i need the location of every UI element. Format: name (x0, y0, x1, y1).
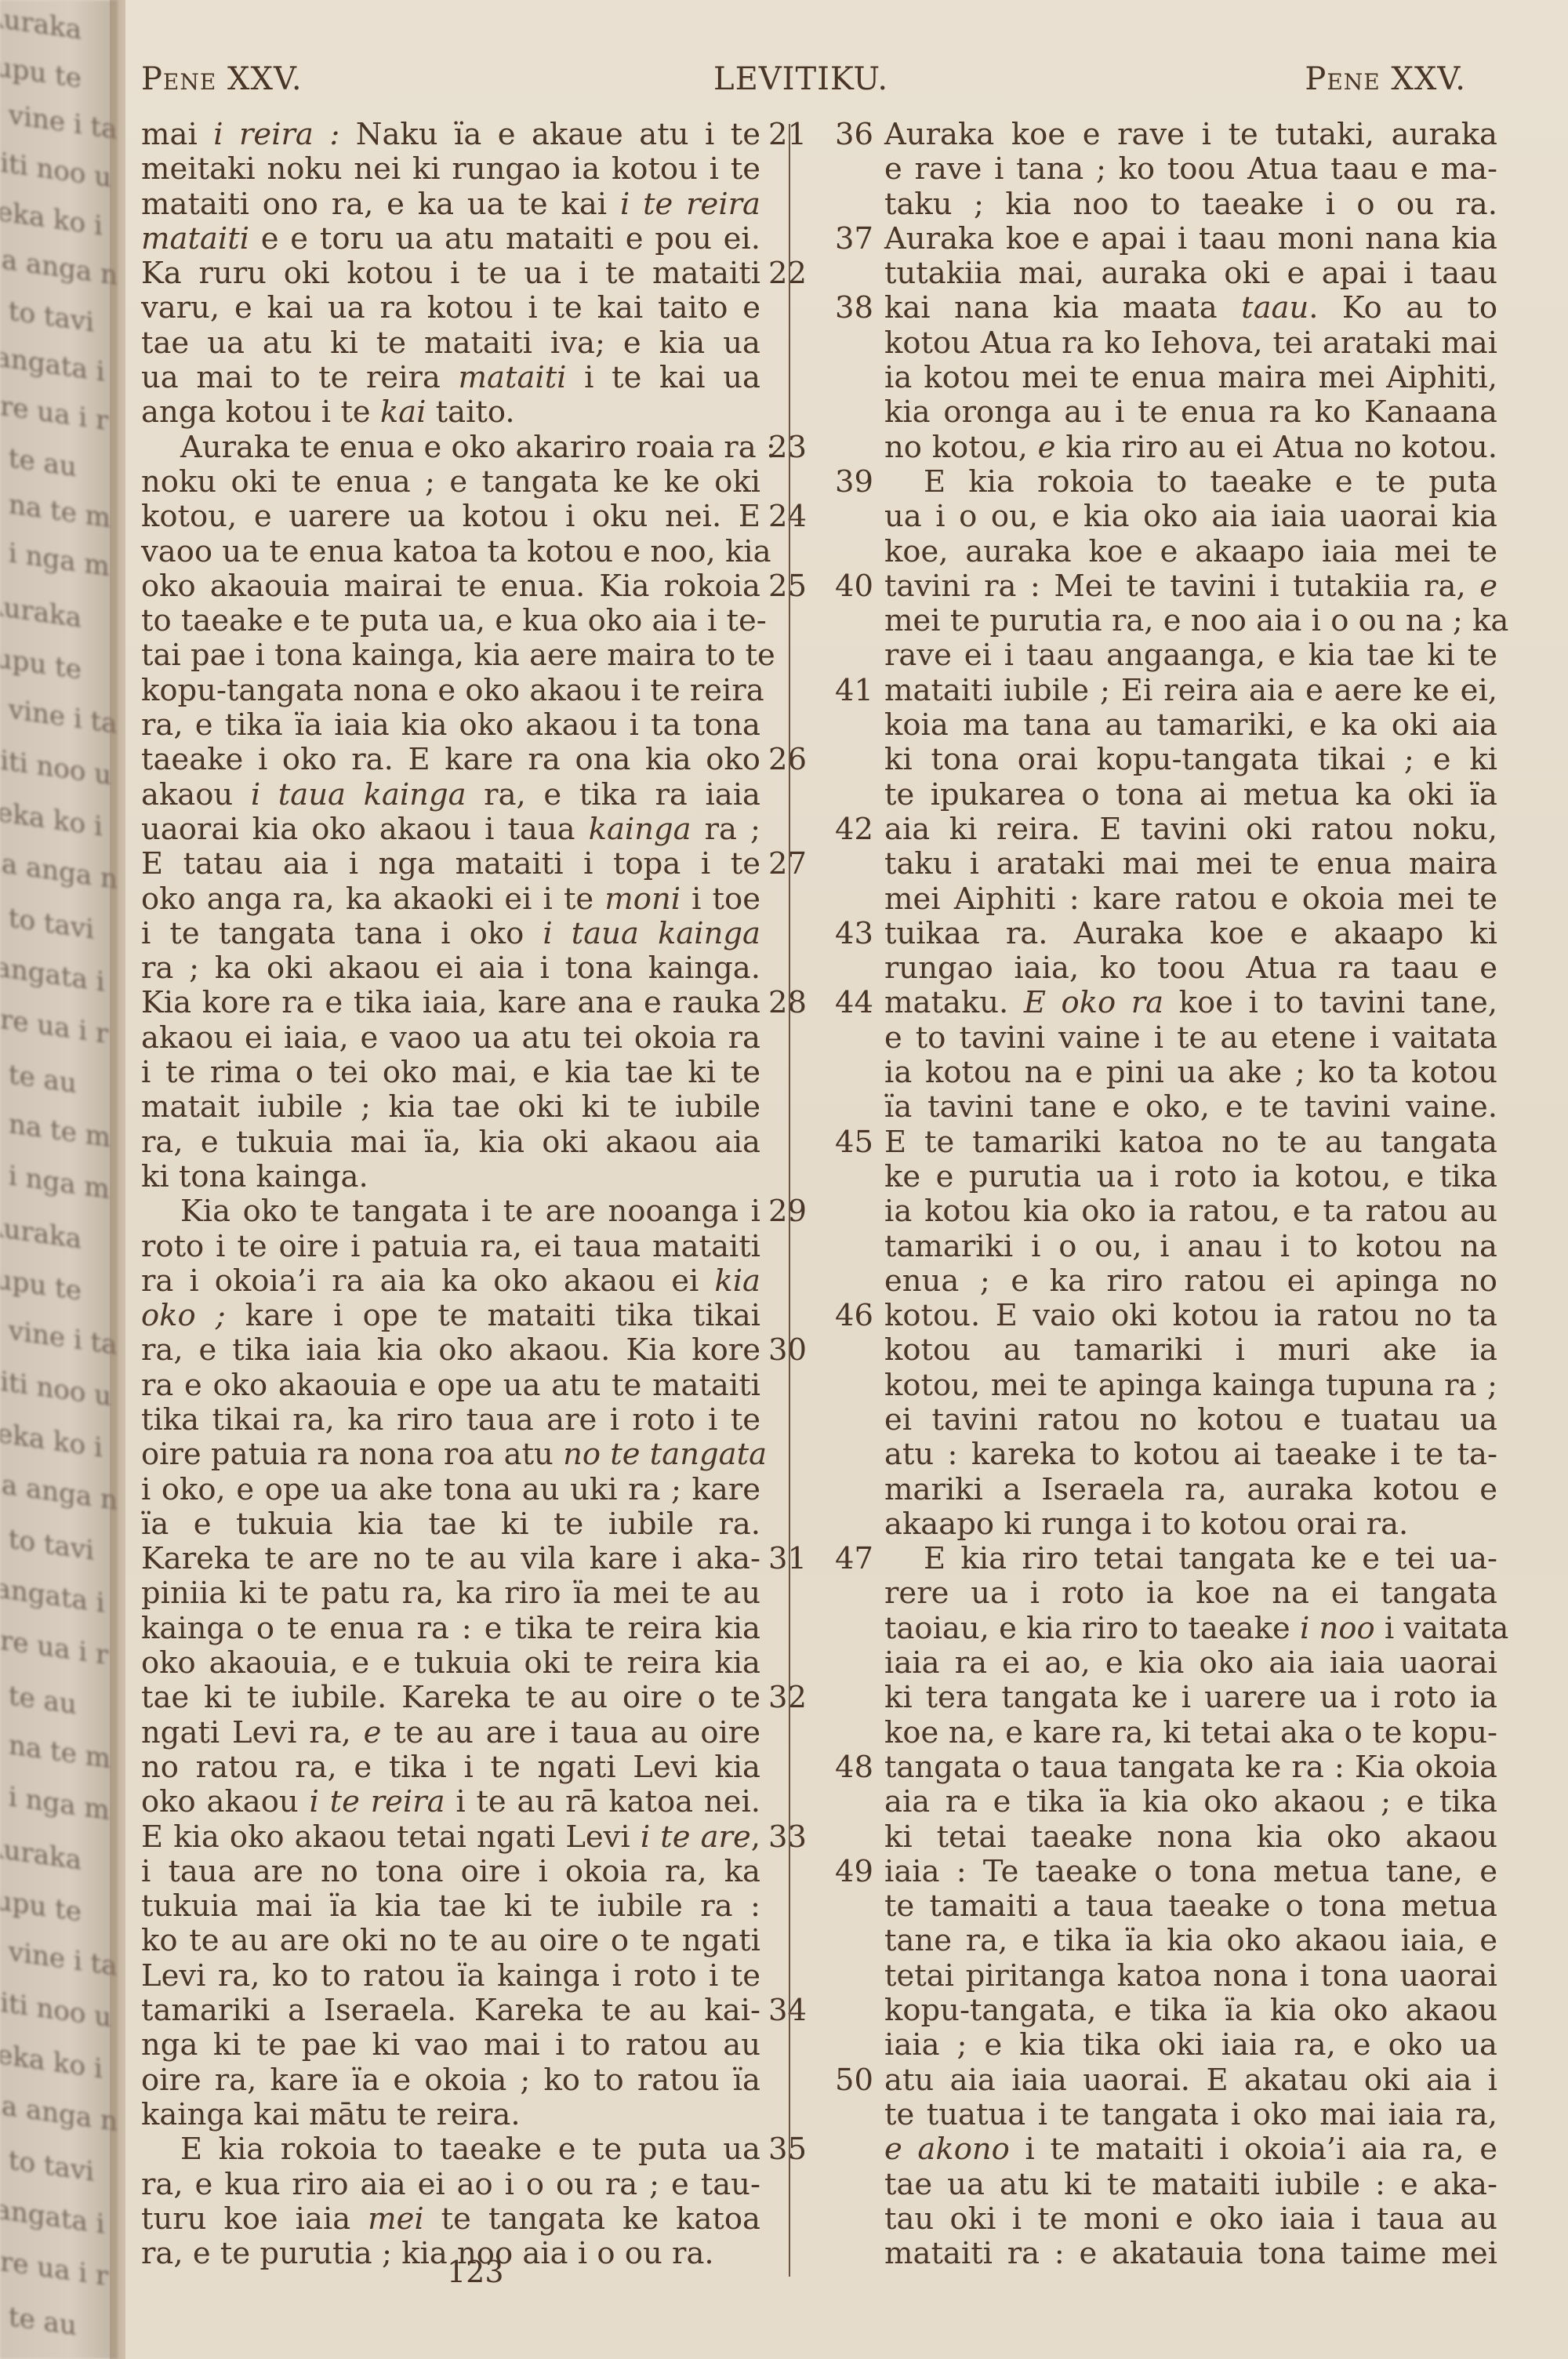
line-text: ki tona orai kopu-tangata tikai ; e ki (884, 743, 1497, 777)
line-text: ra e oko akaouia e ope ua atu te mataiti (141, 1369, 760, 1403)
line-text: roto i te oire i patuia ra, ei taua mata… (141, 1230, 760, 1264)
text-line: tae ua atu ki te mataiti iubile : e aka- (835, 2168, 1494, 2202)
line-text: oko ; kare i ope te mataiti tika tikai (141, 1299, 760, 1333)
line-text: rave ei i taau angaanga, e kia tae ki te (884, 638, 1497, 673)
verse-number: 30 (768, 1333, 807, 1368)
line-text: rere ua i roto ia koe na ei tangata (884, 1576, 1497, 1611)
line-text: meitaki noku nei ki rungao ia kotou i te (141, 152, 760, 187)
adjacent-page-text: reka ko i (0, 194, 103, 242)
adjacent-page-text: e te au (0, 1677, 77, 1721)
text-line: rere ua i roto ia koe na ei tangata (835, 1576, 1494, 1611)
adjacent-page-text: aiti noo u (0, 1364, 111, 1413)
text-line: atu : kareka to kotou ai taeake i te ta- (835, 1438, 1494, 1472)
text-line: ki tera tangata ke i uarere ua i roto ia (835, 1681, 1494, 1715)
line-text: kainga kai mātu te reira. (141, 2098, 760, 2132)
line-text: taku ; kia noo to taeake i o ou ra. (884, 187, 1497, 222)
text-line: Auraka koe e rave i te tutaki, auraka36 (835, 118, 1494, 152)
line-text: tetai piritanga katoa nona i tona uaorai (884, 1959, 1497, 1994)
line-text: ra, e kua riro aia ei ao i o ou ra ; e t… (141, 2168, 760, 2202)
verse-number: 31 (768, 1542, 807, 1576)
text-line: koe, auraka koe e akaapo iaia mei te (835, 535, 1494, 569)
text-line: ra i okoia’i ra aia ka oko akaou ei kia (141, 1264, 796, 1299)
text-line: oko akaou i te reira i te au rā katoa ne… (141, 1785, 796, 1819)
adjacent-page-text: a na te m (0, 1105, 111, 1154)
text-line: mataiti e e toru ua atu mataiti e pou ei… (141, 222, 796, 256)
text-line: ïa tavini tane e oko, e te tavini vaine. (835, 1090, 1494, 1125)
text-line: vaoo ua te enua katoa ta kotou e noo, ki… (141, 535, 796, 569)
line-text: e to tavini vaine i te au etene i vaitat… (884, 1021, 1497, 1056)
text-line: uaorai kia oko akaou i taua kainga ra ; (141, 812, 796, 847)
text-line: iaia ; e kia tika oki iaia ra, e oko ua (835, 2028, 1494, 2063)
line-text: kopu-tangata, e tika ïa kia oko akaou (884, 1994, 1497, 2028)
line-text: kotou au tamariki i muri ake ia (884, 1333, 1497, 1368)
text-line: oko akaouia, e e tukuia oki te reira kia (141, 1646, 796, 1681)
line-text: i te tangata tana i oko i taua kainga (141, 917, 760, 951)
text-line: taeake i oko ra. E kare ra ona kia oko26 (141, 743, 796, 777)
text-line: ke e purutia ua i roto ia kotou, e tika (835, 1160, 1494, 1194)
text-line: tamariki i o ou, i anau i to kotou na (835, 1230, 1494, 1264)
text-line: kotou Atua ra ko Iehova, tei arataki mai (835, 326, 1494, 361)
line-text: mei te purutia ra, e noo aia i o ou na ;… (884, 604, 1497, 638)
line-text: koia ma tana au tamariki, e ka oki aia (884, 708, 1497, 743)
line-text: E kia oko akaou tetai ngati Levi i te ar… (141, 1820, 760, 1855)
line-text: varu, e kai ua ra kotou i te kai taito e (141, 291, 760, 325)
text-line: ki tona kainga. (141, 1160, 796, 1194)
verse-number: 28 (768, 986, 807, 1020)
line-text: ia kotou na e pini ua ake ; ko ta kotou (884, 1056, 1497, 1090)
line-text: kotou, e uarere ua kotou i oku nei. E (141, 500, 760, 534)
text-line: kainga kai mātu te reira. (141, 2098, 796, 2132)
line-text: taoiau, e kia riro to taeake i noo i vai… (884, 1612, 1497, 1646)
adjacent-page-text: e to tavi (0, 899, 94, 946)
line-text: Kia kore ra e tika iaia, kare ana e rauk… (141, 986, 760, 1020)
verse-number: 42 (835, 812, 873, 847)
line-text: oko anga ra, ka akaoki ei i te moni i to… (141, 882, 760, 917)
header-chapter-left: Pene XXV. (141, 61, 303, 97)
line-text: E kia riro tetai tangata ke e tei ua- (884, 1542, 1497, 1576)
adjacent-page-text: a na te m (0, 1726, 111, 1776)
text-line: mataiti ono ra, e ka ua te kai i te reir… (141, 187, 796, 222)
adjacent-page-text: aiti noo u (0, 145, 111, 194)
adjacent-page-edge: Aurakatupu tee vine i taaiti noo ureka k… (0, 0, 118, 2359)
verse-number: 32 (768, 1681, 807, 1715)
line-text: tuikaa ra. Auraka koe e akaapo ki (884, 917, 1497, 951)
text-line: tavini ra : Mei te tavini i tutakiia ra,… (835, 569, 1494, 604)
line-text: E kia rokoia to taeake e te puta (884, 465, 1497, 500)
text-line: ia kotou mei te enua maira mei Aiphiti, (835, 361, 1494, 395)
line-text: no kotou, e kia riro au ei Atua no kotou… (884, 431, 1497, 465)
line-text: piniia ki te patu ra, ka riro ïa mei te … (141, 1576, 760, 1611)
adjacent-page-text: e vine i ta (0, 1311, 117, 1361)
text-line: ra, e tika ïa iaia kia oko akaou i ta to… (141, 708, 796, 743)
adjacent-page-text: ua anga n (0, 845, 118, 896)
line-text: uaorai kia oko akaou i taua kainga ra ; (141, 812, 760, 847)
line-text: ra, e tika iaia kia oko akaou. Kia kore (141, 1333, 760, 1368)
line-text: koe, auraka koe e akaapo iaia mei te (884, 535, 1497, 569)
line-text: te tuatua i te tangata i oko mai iaia ra… (884, 2098, 1497, 2132)
verse-number: 45 (835, 1125, 873, 1160)
text-line: e rave i tana ; ko toou Atua taau e ma- (835, 152, 1494, 187)
adjacent-page-text: Auraka (0, 1831, 82, 1876)
line-text: ra ; ka oki akaou ei aia i tona kainga. (141, 951, 760, 986)
text-line: akaou i taua kainga ra, e tika ra iaia (141, 778, 796, 812)
line-text: nga ki te pae ki vao mai i to ratou au (141, 2028, 760, 2063)
line-text: kotou Atua ra ko Iehova, tei arataki mai (884, 326, 1497, 361)
verse-number: 34 (768, 1994, 807, 2028)
verse-number: 40 (835, 569, 873, 604)
text-line: tutakiia mai, auraka oki e apai i taau (835, 256, 1494, 291)
adjacent-page-text: e to tavi (0, 292, 94, 339)
text-line: Ka ruru oki kotou i te ua i te mataiti22 (141, 256, 796, 291)
text-line: kia oronga au i te enua ra ko Kanaana (835, 395, 1494, 430)
adjacent-page-text: ere ua i r (0, 388, 108, 437)
line-text: mai i reira : Naku ïa e akaue atu i te (141, 118, 760, 152)
text-line: ra, e kua riro aia ei ao i o ou ra ; e t… (141, 2168, 796, 2202)
line-text: tutakiia mai, auraka oki e apai i taau (884, 256, 1497, 291)
verse-number: 21 (768, 118, 807, 152)
line-text: matait iubile ; kia tae oki ki te iubile (141, 1090, 760, 1125)
text-line: ra e oko akaouia e ope ua atu te mataiti (141, 1369, 796, 1403)
line-text: vaoo ua te enua katoa ta kotou e noo, ki… (141, 535, 760, 569)
line-text: ki tetai taeake nona kia oko akaou (884, 1820, 1497, 1855)
adjacent-page-text: e vine i ta (0, 96, 117, 146)
verse-number: 48 (835, 1750, 873, 1785)
line-text: ua i o ou, e kia oko aia iaia uaorai kia (884, 500, 1497, 534)
line-text: oire ra, kare ïa e okoia ; ko to ratou ï… (141, 2063, 760, 2098)
line-text: akaou i taua kainga ra, e tika ra iaia (141, 778, 760, 812)
verse-number: 50 (835, 2063, 873, 2098)
verse-number: 44 (835, 986, 873, 1020)
line-text: ïa tavini tane e oko, e te tavini vaine. (884, 1090, 1497, 1125)
column-divider (789, 124, 790, 2277)
adjacent-page-text: Auraka (0, 1210, 82, 1255)
adjacent-page-text: tangata i (0, 950, 104, 998)
line-text: tamariki a Iseraela. Kareka te au kai- (141, 1994, 760, 2028)
text-line: atu aia iaia uaorai. E akatau oki aia i5… (835, 2063, 1494, 2098)
line-text: Ka ruru oki kotou i te ua i te mataiti (141, 256, 760, 291)
line-text: mataiti ra : e akatauia tona taime mei (884, 2237, 1497, 2271)
text-line: E tatau aia i nga mataiti i topa i te27 (141, 847, 796, 881)
verse-number: 49 (835, 1855, 873, 1889)
line-text: tai pae i tona kainga, kia aere maira to… (141, 638, 760, 673)
adjacent-page-text: tangata i (0, 340, 104, 388)
adjacent-page-text: e to tavi (0, 1520, 94, 1567)
line-text: ko te au are oki no te au oire o te ngat… (141, 1924, 760, 1958)
line-text: mataku. E oko ra koe i to tavini tane, (884, 986, 1497, 1020)
book-page: Pene XXV. LEVITIKU. Pene XXV. mai i reir… (125, 0, 1568, 2359)
adjacent-page-text: ua anga n (0, 242, 118, 292)
line-text: kainga o te enua ra : e tika te reira ki… (141, 1612, 760, 1646)
line-text: tika tikai ra, ka riro taua are i roto i… (141, 1403, 760, 1438)
text-line: tika tikai ra, ka riro taua are i roto i… (141, 1403, 796, 1438)
verse-number: 24 (768, 500, 807, 534)
line-text: iaia ra ei ao, e kia oko aia iaia uaorai (884, 1646, 1497, 1681)
right-column: Auraka koe e rave i te tutaki, auraka36e… (835, 118, 1494, 2271)
line-text: oire patuia ra nona roa atu no te tangat… (141, 1438, 760, 1472)
line-text: Auraka koe e rave i te tutaki, auraka (884, 118, 1497, 152)
adjacent-page-text: tupu te (0, 1883, 82, 1928)
line-text: E te tamariki katoa no te au tangata (884, 1125, 1497, 1160)
text-line: tai pae i tona kainga, kia aere maira to… (141, 638, 796, 673)
text-line: kopu-tangata, e tika ïa kia oko akaou (835, 1994, 1494, 2028)
verse-number: 47 (835, 1542, 873, 1576)
line-text: taeake i oko ra. E kare ra ona kia oko (141, 743, 760, 777)
line-text: ki tera tangata ke i uarere ua i roto ia (884, 1681, 1497, 1715)
text-line: tuikaa ra. Auraka koe e akaapo ki43 (835, 917, 1494, 951)
line-text: Kareka te are no te au vila kare i aka- (141, 1542, 760, 1576)
line-text: te ipukarea o tona ai metua ka oki ïa (884, 778, 1497, 812)
line-text: tae ki te iubile. Kareka te au oire o te (141, 1681, 760, 1715)
text-line: E kia rokoia to taeake e te puta ua35 (141, 2132, 796, 2167)
text-line: oko akaouia mairai te enua. Kia rokoia25 (141, 569, 796, 604)
text-line: rungao iaia, ko toou Atua ra taau e (835, 951, 1494, 986)
adjacent-page-text: reka ko i (0, 794, 103, 842)
text-line: tangata o taua tangata ke ra : Kia okoia… (835, 1750, 1494, 1785)
adjacent-page-text: tangata i (0, 2192, 104, 2241)
line-text: anga kotou i te kai taito. (141, 395, 760, 430)
text-line: ko te au are oki no te au oire o te ngat… (141, 1924, 796, 1958)
text-line: tane ra, e tika ïa kia oko akaou iaia, e (835, 1924, 1494, 1958)
text-line: meitaki noku nei ki rungao ia kotou i te (141, 152, 796, 187)
line-text: noku oki te enua ; e tangata ke ke oki (141, 465, 760, 500)
line-text: akaou ei iaia, e vaoo ua atu tei okoia r… (141, 1021, 760, 1056)
text-line: i oko, e ope ua ake tona au uki ra ; kar… (141, 1473, 796, 1507)
text-line: i te tangata tana i oko i taua kainga (141, 917, 796, 951)
text-line: taoiau, e kia riro to taeake i noo i vai… (835, 1612, 1494, 1646)
adjacent-page-text: tupu te (0, 641, 82, 685)
verse-number: 35 (768, 2132, 807, 2167)
line-text: ki tona kainga. (141, 1160, 760, 1194)
line-text: i te rima o tei oko mai, e kia tae ki te (141, 1056, 760, 1090)
adjacent-page-text: ere ua i r (0, 2244, 108, 2292)
adjacent-page-text: e vine i ta (0, 690, 117, 740)
line-text: tukuia mai ïa kia tae ki te iubile ra : (141, 1889, 760, 1924)
text-line: E te tamariki katoa no te au tangata45 (835, 1125, 1494, 1160)
text-line: Auraka koe e apai i taau moni nana kia37 (835, 222, 1494, 256)
text-line: Kia kore ra e tika iaia, kare ana e rauk… (141, 986, 796, 1020)
verse-number: 22 (768, 256, 807, 291)
text-line: e to tavini vaine i te au etene i vaitat… (835, 1021, 1494, 1056)
line-text: aia ra e tika ïa kia oko akaou ; e tika (884, 1785, 1497, 1819)
line-text: ke e purutia ua i roto ia kotou, e tika (884, 1160, 1497, 1194)
text-line: kotou, mei te apinga kainga tupuna ra ; (835, 1369, 1494, 1403)
text-line: tau oki i te moni e oko iaia i taua au (835, 2202, 1494, 2237)
line-text: te tamaiti a taua taeake o tona metua (884, 1889, 1497, 1924)
line-text: E tatau aia i nga mataiti i topa i te (141, 847, 760, 881)
text-line: oire patuia ra nona roa atu no te tangat… (141, 1438, 796, 1472)
text-line: Kareka te are no te au vila kare i aka-3… (141, 1542, 796, 1576)
line-text: Auraka koe e apai i taau moni nana kia (884, 222, 1497, 256)
header-chapter-right: Pene XXV. (1305, 61, 1466, 97)
text-line: iaia ra ei ao, e kia oko aia iaia uaorai (835, 1646, 1494, 1681)
line-text: Kia oko te tangata i te are nooanga i (141, 1194, 760, 1229)
adjacent-page-text: a na te m (0, 485, 111, 535)
text-line: iaia : Te taeake o tona metua tane, e49 (835, 1855, 1494, 1889)
line-text: no ratou ra, e tika i te ngati Levi kia (141, 1750, 760, 1785)
text-line: tae ki te iubile. Kareka te au oire o te… (141, 1681, 796, 1715)
adjacent-page-text: ua anga n (0, 1467, 118, 1517)
line-text: atu : kareka to kotou ai taeake i te ta- (884, 1438, 1497, 1472)
line-text: to taeake e te puta ua, e kua oko aia i … (141, 604, 760, 638)
text-line: aia ki reira. E tavini oki ratou noku,42 (835, 812, 1494, 847)
adjacent-page-text: Auraka (0, 1, 82, 45)
line-text: enua ; e ka riro ratou ei apinga no (884, 1264, 1497, 1299)
line-text: koe na, e kare ra, ki tetai aka o te kop… (884, 1716, 1497, 1750)
text-line: enua ; e ka riro ratou ei apinga no (835, 1264, 1494, 1299)
line-text: iaia ; e kia tika oki iaia ra, e oko ua (884, 2028, 1497, 2063)
line-text: akaapo ki runga i to kotou orai ra. (884, 1507, 1497, 1542)
text-line: oire ra, kare ïa e okoia ; ko to ratou ï… (141, 2063, 796, 2098)
line-text: aia ki reira. E tavini oki ratou noku, (884, 812, 1497, 847)
text-line: ua mai to te reira mataiti i te kai ua (141, 361, 796, 395)
text-line: mei te purutia ra, e noo aia i o ou na ;… (835, 604, 1494, 638)
text-line: mataiti ra : e akatauia tona taime mei (835, 2237, 1494, 2271)
adjacent-page-text: ere ua i r (0, 1623, 108, 1671)
text-line: matait iubile ; kia tae oki ki te iubile (141, 1090, 796, 1125)
adjacent-page-text: e to tavi (0, 2141, 94, 2188)
line-text: ia kotou mei te enua maira mei Aiphiti, (884, 361, 1497, 395)
text-line: mataiti iubile ; Ei reira aia e aere ke … (835, 674, 1494, 708)
line-text: ra, e tukuia mai ïa, kia oki akaou aia (141, 1125, 760, 1160)
line-text: E kia rokoia to taeake e te puta ua (141, 2132, 760, 2167)
text-line: rave ei i taau angaanga, e kia tae ki te (835, 638, 1494, 673)
text-line: taku i arataki mai mei te enua maira (835, 847, 1494, 881)
text-line: taku ; kia noo to taeake i o ou ra. (835, 187, 1494, 222)
verse-number: 46 (835, 1299, 873, 1333)
text-line: turu koe iaia mei te tangata ke katoa (141, 2202, 796, 2237)
text-line: varu, e kai ua ra kotou i te kai taito e (141, 291, 796, 325)
verse-number: 36 (835, 118, 873, 152)
text-line: kotou. E vaio oki kotou ia ratou no ta46 (835, 1299, 1494, 1333)
line-text: tamariki i o ou, i anau i to kotou na (884, 1230, 1497, 1264)
text-line: te tuatua i te tangata i oko mai iaia ra… (835, 2098, 1494, 2132)
line-text: Levi ra, ko to ratou ïa kainga i roto i … (141, 1959, 760, 1994)
line-text: tae ua atu ki te mataiti iubile : e aka- (884, 2168, 1497, 2202)
text-line: oko ; kare i ope te mataiti tika tikai (141, 1299, 796, 1333)
text-line: no kotou, e kia riro au ei Atua no kotou… (835, 431, 1494, 465)
adjacent-page-text: e i nga m (0, 1778, 110, 1826)
text-line: tetai piritanga katoa nona i tona uaorai (835, 1959, 1494, 1994)
text-line: no ratou ra, e tika i te ngati Levi kia (141, 1750, 796, 1785)
verse-number: 39 (835, 465, 873, 500)
line-text: tavini ra : Mei te tavini i tutakiia ra,… (884, 569, 1497, 604)
text-line: ngati Levi ra, e te au are i taua au oir… (141, 1716, 796, 1750)
line-text: tau oki i te moni e oko iaia i taua au (884, 2202, 1497, 2237)
text-line: tamariki a Iseraela. Kareka te au kai-34 (141, 1994, 796, 2028)
text-line: to taeake e te puta ua, e kua oko aia i … (141, 604, 796, 638)
text-line: ra, e tika iaia kia oko akaou. Kia kore3… (141, 1333, 796, 1368)
line-text: i taua are no tona oire i okoia ra, ka (141, 1855, 760, 1889)
text-line: roto i te oire i patuia ra, ei taua mata… (141, 1230, 796, 1264)
adjacent-page-text: e te au (0, 439, 77, 484)
text-line: mariki a Iseraela ra, auraka kotou e (835, 1473, 1494, 1507)
line-text: e rave i tana ; ko toou Atua taau e ma- (884, 152, 1497, 187)
adjacent-page-text: reka ko i (0, 1416, 103, 1463)
line-text: ia kotou kia oko ia ratou, e ta ratou au (884, 1194, 1497, 1229)
adjacent-page-text: reka ko i (0, 2037, 103, 2085)
line-text: mei Aiphiti : kare ratou e okoia mei te (884, 882, 1497, 917)
line-text: mariki a Iseraela ra, auraka kotou e (884, 1473, 1497, 1507)
text-line: te tamaiti a taua taeake o tona metua (835, 1889, 1494, 1924)
verse-number: 23 (768, 431, 807, 465)
left-column: mai i reira : Naku ïa e akaue atu i te21… (141, 118, 796, 2271)
text-line: kainga o te enua ra : e tika te reira ki… (141, 1612, 796, 1646)
line-text: mataiti ono ra, e ka ua te kai i te reir… (141, 187, 760, 222)
text-line: mai i reira : Naku ïa e akaue atu i te21 (141, 118, 796, 152)
text-line: ei tavini ratou no kotou e tuatau ua (835, 1403, 1494, 1438)
line-text: tae ua atu ki te mataiti iva; e kia ua (141, 326, 760, 361)
text-line: noku oki te enua ; e tangata ke ke oki (141, 465, 796, 500)
line-text: ua mai to te reira mataiti i te kai ua (141, 361, 760, 395)
text-line: E kia oko akaou tetai ngati Levi i te ar… (141, 1820, 796, 1855)
text-line: koe na, e kare ra, ki tetai aka o te kop… (835, 1716, 1494, 1750)
text-line: kotou au tamariki i muri ake ia (835, 1333, 1494, 1368)
text-line: Auraka te enua e oko akariro roaia ra :2… (141, 431, 796, 465)
text-line: koia ma tana au tamariki, e ka oki aia (835, 708, 1494, 743)
text-line: mei Aiphiti : kare ratou e okoia mei te (835, 882, 1494, 917)
adjacent-page-text: Auraka (0, 589, 82, 634)
line-text: kopu-tangata nona e oko akaou i te reira (141, 674, 760, 708)
line-text: ngati Levi ra, e te au are i taua au oir… (141, 1716, 760, 1750)
line-text: ïa e tukuia kia tae ki te iubile ra. (141, 1507, 760, 1542)
text-line: kopu-tangata nona e oko akaou i te reira (141, 674, 796, 708)
text-line: akaou ei iaia, e vaoo ua atu tei okoia r… (141, 1021, 796, 1056)
line-text: oko akaouia, e e tukuia oki te reira kia (141, 1646, 760, 1681)
verse-number: 37 (835, 222, 873, 256)
adjacent-page-text: e te au (0, 2298, 77, 2343)
line-text: kotou. E vaio oki kotou ia ratou no ta (884, 1299, 1497, 1333)
text-line: ki tona orai kopu-tangata tikai ; e ki (835, 743, 1494, 777)
line-text: e akono i te mataiti i okoia’i aia ra, e (884, 2132, 1497, 2167)
line-text: ra i okoia’i ra aia ka oko akaou ei kia (141, 1264, 760, 1299)
verse-number: 26 (768, 743, 807, 777)
text-line: Kia oko te tangata i te are nooanga i29 (141, 1194, 796, 1229)
line-text: turu koe iaia mei te tangata ke katoa (141, 2202, 760, 2237)
adjacent-page-text: e i nga m (0, 534, 110, 583)
text-line: tukuia mai ïa kia tae ki te iubile ra : (141, 1889, 796, 1924)
text-line: e akono i te mataiti i okoia’i aia ra, e (835, 2132, 1494, 2167)
adjacent-page-text: aiti noo u (0, 1985, 111, 2034)
adjacent-page-text: ere ua i r (0, 1001, 108, 1050)
header-book-title: LEVITIKU. (713, 61, 888, 97)
text-line: E kia riro tetai tangata ke e tei ua-47 (835, 1542, 1494, 1576)
verse-number: 29 (768, 1194, 807, 1229)
line-text: Auraka te enua e oko akariro roaia ra : (141, 431, 760, 465)
verse-number: 38 (835, 291, 873, 325)
adjacent-page-text: tupu te (0, 1262, 82, 1307)
page-number: 123 (447, 2255, 504, 2289)
line-text: mataiti iubile ; Ei reira aia e aere ke … (884, 674, 1497, 708)
line-text: kia oronga au i te enua ra ko Kanaana (884, 395, 1497, 430)
line-text: tane ra, e tika ïa kia oko akaou iaia, e (884, 1924, 1497, 1958)
adjacent-page-text: e vine i ta (0, 1932, 117, 1983)
text-line: tae ua atu ki te mataiti iva; e kia ua (141, 326, 796, 361)
line-text: kai nana kia maata taau. Ko au to (884, 291, 1497, 325)
line-text: kotou, mei te apinga kainga tupuna ra ; (884, 1369, 1497, 1403)
adjacent-page-text: aiti noo u (0, 743, 111, 792)
verse-number: 33 (768, 1820, 807, 1855)
text-line: aia ra e tika ïa kia oko akaou ; e tika (835, 1785, 1494, 1819)
text-line: kai nana kia maata taau. Ko au to38 (835, 291, 1494, 325)
text-line: E kia rokoia to taeake e te puta39 (835, 465, 1494, 500)
line-text: i oko, e ope ua ake tona au uki ra ; kar… (141, 1473, 760, 1507)
adjacent-page-text: e i nga m (0, 1157, 110, 1205)
text-line: anga kotou i te kai taito. (141, 395, 796, 430)
verse-number: 43 (835, 917, 873, 951)
line-text: taku i arataki mai mei te enua maira (884, 847, 1497, 881)
adjacent-page-text: tupu te (0, 49, 82, 94)
adjacent-page-text: e te au (0, 1056, 77, 1100)
